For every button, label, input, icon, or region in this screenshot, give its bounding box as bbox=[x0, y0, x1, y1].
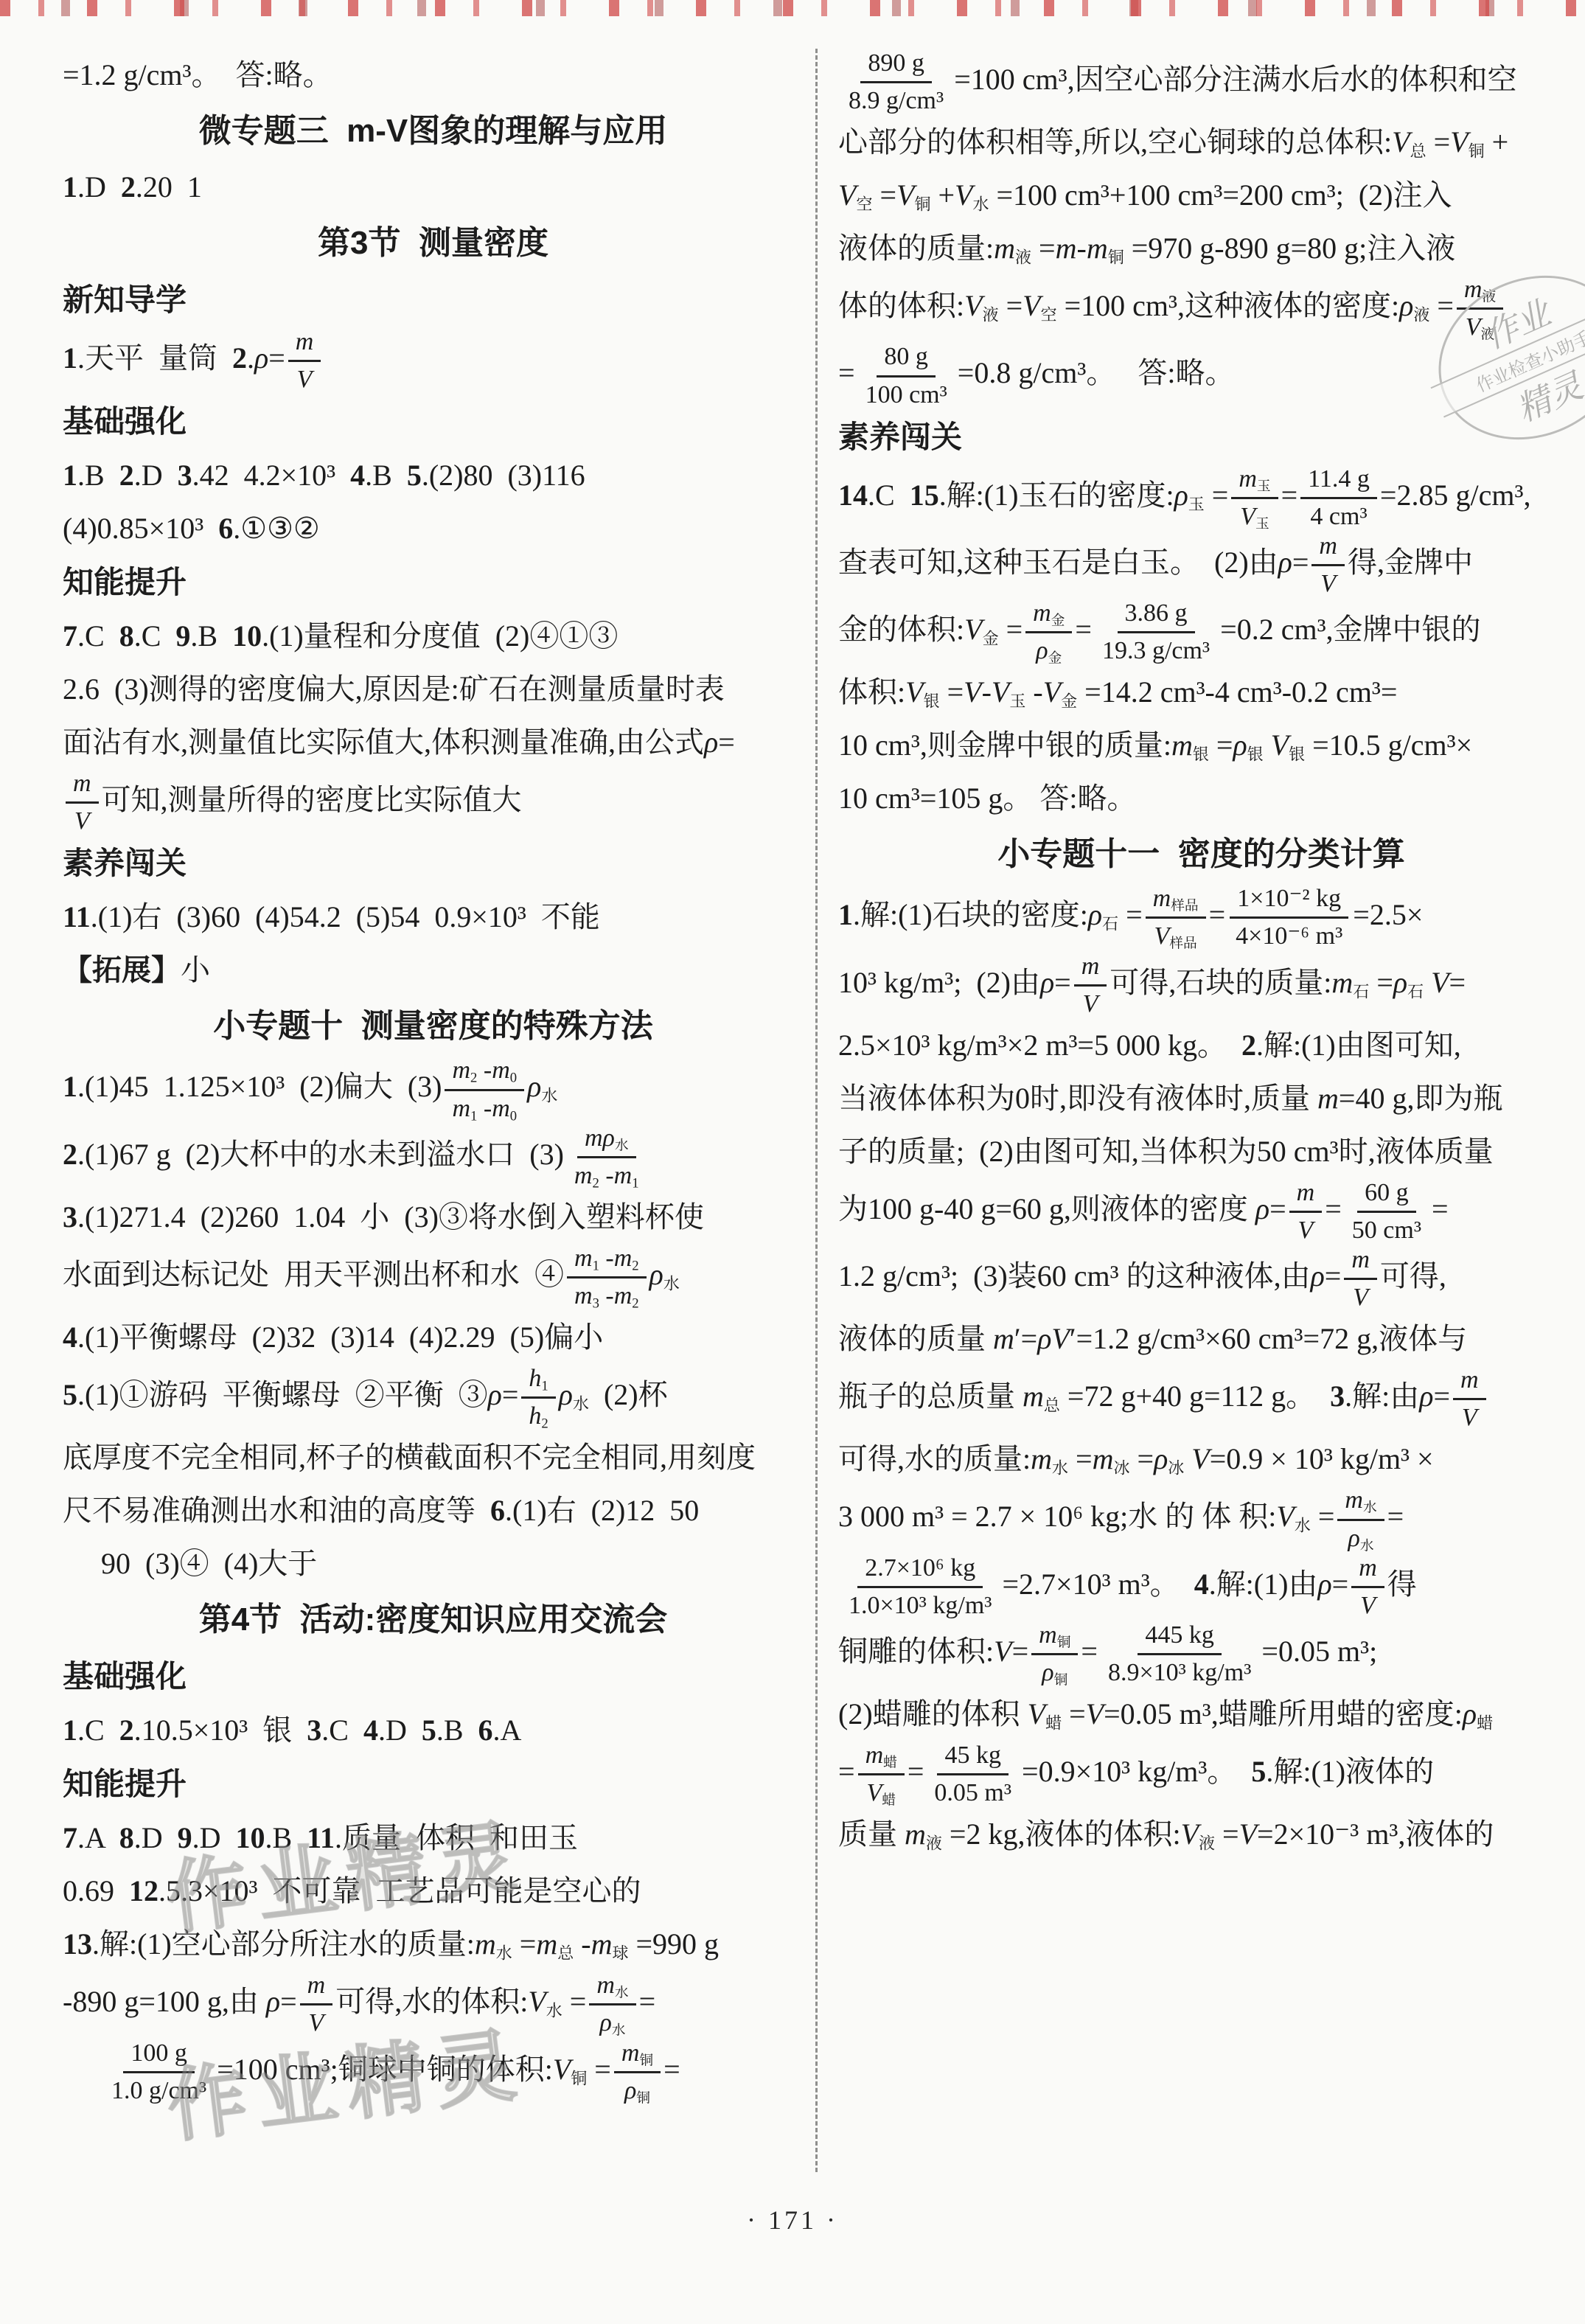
answer-line: 瓶子的总质量 m总 =72 g+40 g=112 g。 3.解:由ρ=mV bbox=[838, 1365, 1564, 1433]
fraction: mV bbox=[300, 1971, 333, 2038]
fraction: h1h2 bbox=[521, 1364, 555, 1431]
fraction: 11.4 g4 cm³ bbox=[1300, 465, 1377, 532]
answer-line: 1.(1)45 1.125×10³ (2)偏大 (3)m2 -m0m1 -m0ρ… bbox=[63, 1056, 804, 1123]
answer-line: 90 (3)④ (4)大于 bbox=[63, 1537, 804, 1590]
answer-line: 水面到达标记处 用天平测出杯和水 ④m1 -m2m3 -m2ρ水 bbox=[63, 1244, 804, 1311]
subsection-heading: 素养闯关 bbox=[63, 836, 804, 891]
fraction: m铜ρ铜 bbox=[614, 2039, 661, 2106]
answer-line: 【拓展】小 bbox=[63, 944, 804, 997]
fraction: 3.86 g19.3 g/cm³ bbox=[1095, 599, 1217, 666]
fraction: mV bbox=[1289, 1178, 1323, 1245]
fraction: m1 -m2m3 -m2 bbox=[567, 1244, 647, 1311]
fraction: m水ρ水 bbox=[1337, 1486, 1384, 1553]
fraction: mV bbox=[1074, 952, 1107, 1019]
section-heading: 第3节 测量密度 bbox=[63, 214, 804, 273]
answer-line: =80 g100 cm³=0.8 g/cm³。 答:略。 bbox=[838, 342, 1564, 409]
fraction: m金ρ金 bbox=[1025, 599, 1072, 666]
answer-line: 2.5×10³ kg/m³×2 m³=5 000 kg。 2.解:(1)由图可知… bbox=[838, 1019, 1564, 1072]
fraction: 445 kg8.9×10³ kg/m³ bbox=[1101, 1621, 1258, 1688]
fraction: mρ水m2 -m1 bbox=[567, 1124, 647, 1191]
answer-line: 可得,水的质量:m水 =m冰 =ρ冰 V=0.9 × 10³ kg/m³ × bbox=[838, 1433, 1564, 1486]
answer-line: V空 =V铜 +V水 =100 cm³+100 cm³=200 cm³; (2)… bbox=[838, 169, 1564, 222]
answer-line: mV可知,测量所得的密度比实际值大 bbox=[63, 769, 804, 836]
answer-line: 2.6 (3)测得的密度偏大,原因是:矿石在测量质量时表 bbox=[63, 663, 804, 716]
fraction: m样品V样品 bbox=[1146, 884, 1206, 951]
cropped-header-remnant bbox=[0, 0, 1585, 16]
answer-line: 底厚度不完全相同,杯子的横截面积不完全相同,用刻度 bbox=[63, 1431, 804, 1484]
fraction: m2 -m0m1 -m0 bbox=[445, 1056, 524, 1123]
answer-line: 心部分的体积相等,所以,空心铜球的总体积:V总 =V铜 + bbox=[838, 116, 1564, 169]
answer-line: 7.A 8.D 9.D 10.B 11.质量 体积 和田玉 bbox=[63, 1812, 804, 1865]
fraction: mV bbox=[66, 769, 99, 836]
answer-line: 0.69 12.5.3×10³ 不可靠 工艺品可能是空心的 bbox=[63, 1865, 804, 1918]
answer-line: 7.C 8.C 9.B 10.(1)量程和分度值 (2)④①③ bbox=[63, 610, 804, 663]
fraction: 2.7×10⁶ kg1.0×10³ kg/m³ bbox=[841, 1554, 999, 1621]
answer-line: 4.(1)平衡螺母 (2)32 (3)14 (4)2.29 (5)偏小 bbox=[63, 1311, 804, 1364]
fraction: mV bbox=[1344, 1245, 1377, 1312]
answer-line: 3.(1)271.4 (2)260 1.04 小 (3)③将水倒入塑料杯使 bbox=[63, 1191, 804, 1244]
subsection-heading: 知能提升 bbox=[63, 1757, 804, 1812]
answer-line: =1.2 g/cm³。 答:略。 bbox=[63, 49, 804, 102]
answer-line: 2.7×10⁶ kg1.0×10³ kg/m³=2.7×10³ m³。 4.解:… bbox=[838, 1554, 1564, 1621]
answer-line: 11.(1)右 (3)60 (4)54.2 (5)54 0.9×10³ 不能 bbox=[63, 891, 804, 944]
fraction: m铜ρ铜 bbox=[1031, 1621, 1078, 1688]
fraction: 1×10⁻² kg4×10⁻⁶ m³ bbox=[1228, 884, 1350, 951]
answer-line: 10³ kg/m³; (2)由ρ=mV可得,石块的质量:m石 =ρ石 V= bbox=[838, 952, 1564, 1019]
fraction: 45 kg0.05 m³ bbox=[927, 1741, 1019, 1808]
answer-line: 3 000 m³ = 2.7 × 10⁶ kg;水 的 体 积:V水 =m水ρ水… bbox=[838, 1486, 1564, 1553]
fraction: mV bbox=[1351, 1554, 1384, 1621]
subsection-heading: 基础强化 bbox=[63, 1649, 804, 1704]
fraction: m水ρ水 bbox=[589, 1971, 635, 2038]
page-number: · 171 · bbox=[0, 2205, 1585, 2236]
answer-line: 1.D 2.20 1 bbox=[63, 161, 804, 214]
answer-line: 2.(1)67 g (2)大杯中的水未到溢水口 (3)mρ水m2 -m1 bbox=[63, 1124, 804, 1191]
fraction: 80 g100 cm³ bbox=[858, 342, 955, 409]
answer-line: 为100 g-40 g=60 g,则液体的密度 ρ=mV=60 g50 cm³= bbox=[838, 1178, 1564, 1245]
answer-line: 金的体积:V金 =m金ρ金=3.86 g19.3 g/cm³=0.2 cm³,金… bbox=[838, 599, 1564, 666]
answer-line: 1.天平 量筒 2.ρ=mV bbox=[63, 327, 804, 394]
answer-line: (4)0.85×10³ 6.①③② bbox=[63, 502, 804, 555]
left-column: =1.2 g/cm³。 答:略。微专题三 m-V图象的理解与应用1.D 2.20… bbox=[63, 49, 804, 2106]
subsection-heading: 素养闯关 bbox=[838, 410, 1564, 465]
fraction: m液V液 bbox=[1457, 275, 1503, 342]
answer-line: 液体的质量 m′=ρV′=1.2 g/cm³×60 cm³=72 g,液体与 bbox=[838, 1312, 1564, 1365]
answer-line: 1.2 g/cm³; (3)装60 cm³ 的这种液体,由ρ=mV可得, bbox=[838, 1245, 1564, 1312]
answer-line: 子的质量; (2)由图可知,当体积为50 cm³时,液体质量 bbox=[838, 1125, 1564, 1178]
answer-line: 面沾有水,测量值比实际值大,体积测量准确,由公式ρ= bbox=[63, 716, 804, 769]
answer-line: 尺不易准确测出水和油的高度等 6.(1)右 (2)12 50 bbox=[63, 1484, 804, 1537]
answer-line: 1.B 2.D 3.42 4.2×10³ 4.B 5.(2)80 (3)116 bbox=[63, 449, 804, 502]
fraction: m蜡V蜡 bbox=[858, 1741, 905, 1808]
answer-line: 1.解:(1)石块的密度:ρ石 =m样品V样品=1×10⁻² kg4×10⁻⁶ … bbox=[838, 884, 1564, 951]
subsection-heading: 知能提升 bbox=[63, 555, 804, 610]
right-column: 890 g8.9 g/cm³=100 cm³,因空心部分注满水后水的体积和空心部… bbox=[815, 49, 1564, 2172]
answer-line: 1.C 2.10.5×10³ 银 3.C 4.D 5.B 6.A bbox=[63, 1704, 804, 1757]
answer-line: 890 g8.9 g/cm³=100 cm³,因空心部分注满水后水的体积和空 bbox=[838, 49, 1564, 116]
answer-line: 铜雕的体积:V=m铜ρ铜=445 kg8.9×10³ kg/m³=0.05 m³… bbox=[838, 1621, 1564, 1688]
answer-line: 100 g1.0 g/cm³=100 cm³;铜球中铜的体积:V铜 =m铜ρ铜= bbox=[63, 2039, 804, 2106]
answer-line: 10 cm³,则金牌中银的质量:m银 =ρ银 V银 =10.5 g/cm³× bbox=[838, 719, 1564, 772]
answer-line: 10 cm³=105 g。 答:略。 bbox=[838, 772, 1564, 825]
section-heading: 微专题三 m-V图象的理解与应用 bbox=[63, 102, 804, 161]
answer-line: 液体的质量:m液 =m-m铜 =970 g-890 g=80 g;注入液 bbox=[838, 222, 1564, 275]
answer-key-page: =1.2 g/cm³。 答:略。微专题三 m-V图象的理解与应用1.D 2.20… bbox=[0, 0, 1585, 2324]
fraction: 60 g50 cm³ bbox=[1345, 1178, 1429, 1245]
section-heading: 小专题十 测量密度的特殊方法 bbox=[63, 997, 804, 1056]
answer-line: =m蜡V蜡=45 kg0.05 m³=0.9×10³ kg/m³。 5.解:(1… bbox=[838, 1741, 1564, 1808]
answer-line: 查表可知,这种玉石是白玉。 (2)由ρ=mV得,金牌中 bbox=[838, 532, 1564, 599]
answer-line: 当液体体积为0时,即没有液体时,质量 m=40 g,即为瓶 bbox=[838, 1072, 1564, 1125]
answer-line: 体的体积:V液 =V空 =100 cm³,这种液体的密度:ρ液 =m液V液 bbox=[838, 275, 1564, 342]
subsection-heading: 新知导学 bbox=[63, 273, 804, 327]
fraction: mV bbox=[1453, 1365, 1486, 1433]
answer-line: 14.C 15.解:(1)玉石的密度:ρ玉 =m玉V玉=11.4 g4 cm³=… bbox=[838, 465, 1564, 532]
answer-line: (2)蜡雕的体积 V蜡 =V=0.05 m³,蜡雕所用蜡的密度:ρ蜡 bbox=[838, 1688, 1564, 1741]
answer-line: 质量 m液 =2 kg,液体的体积:V液 =V=2×10⁻³ m³,液体的 bbox=[838, 1808, 1564, 1861]
fraction: mV bbox=[1311, 532, 1345, 599]
fraction: mV bbox=[288, 327, 321, 394]
subsection-heading: 基础强化 bbox=[63, 394, 804, 449]
section-heading: 第4节 活动:密度知识应用交流会 bbox=[63, 1590, 804, 1649]
answer-line: 13.解:(1)空心部分所注水的质量:m水 =m总 -m球 =990 g bbox=[63, 1918, 804, 1971]
answer-line: -890 g=100 g,由 ρ=mV可得,水的体积:V水 =m水ρ水= bbox=[63, 1971, 804, 2038]
fraction: m玉V玉 bbox=[1231, 465, 1278, 532]
answer-line: 5.(1)①游码 平衡螺母 ②平衡 ③ρ=h1h2ρ水 (2)杯 bbox=[63, 1364, 804, 1431]
fraction: 100 g1.0 g/cm³ bbox=[104, 2039, 214, 2106]
answer-line: 体积:V银 =V-V玉 -V金 =14.2 cm³-4 cm³-0.2 cm³= bbox=[838, 666, 1564, 719]
section-heading: 小专题十一 密度的分类计算 bbox=[838, 825, 1564, 884]
fraction: 890 g8.9 g/cm³ bbox=[841, 49, 951, 116]
